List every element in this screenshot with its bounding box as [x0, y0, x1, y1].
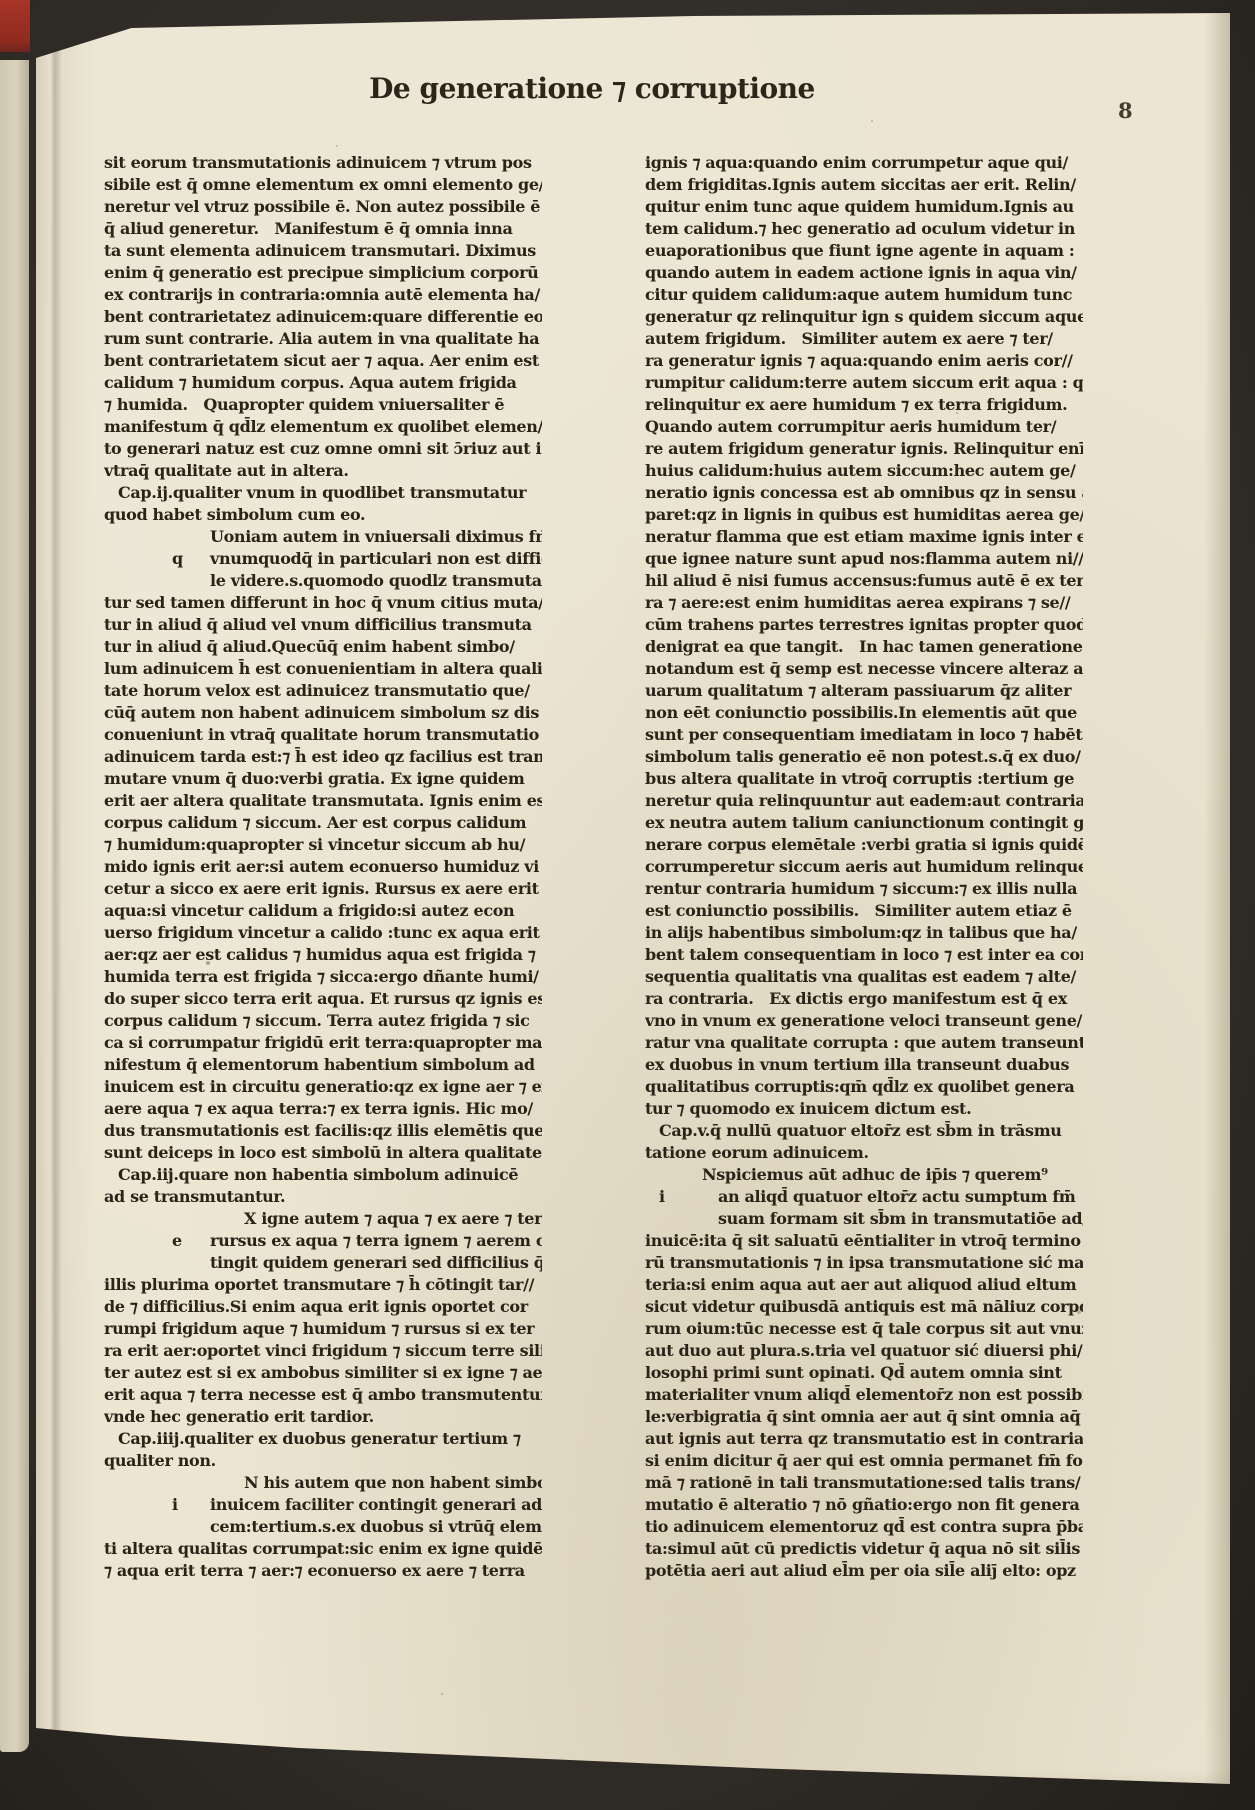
text-line-content: euaporationibus que fiunt igne agente in…: [645, 241, 1074, 260]
text-line-content: simbolum talis generatio eē non potest.s…: [645, 747, 1081, 766]
text-line: de ⁊ difficilius.Si enim aqua erit ignis…: [104, 1296, 542, 1318]
text-line-content: bent talem consequentiam in loco ⁊ est i…: [645, 945, 1083, 964]
text-line-content: cem:tertium.s.ex duobus si vtrūq̄ elemen: [210, 1517, 542, 1536]
text-line-content: tingit quidem generari sed difficilius q…: [210, 1253, 542, 1272]
text-line: erursus ex aqua ⁊ terra ignem ⁊ aerem cō…: [104, 1230, 542, 1252]
text-line-content: ti altera qualitas corrumpat:sic enim ex…: [104, 1539, 542, 1558]
text-line: dus transmutationis est facilis:qz illis…: [104, 1120, 542, 1142]
text-line: inuicem est in circuitu generatio:qz ex …: [104, 1076, 542, 1098]
text-line-content: tem calidum.⁊ hec generatio ad oculum vi…: [645, 219, 1075, 238]
text-line: Quando autem corrumpitur aeris humidum t…: [645, 416, 1083, 438]
text-line: do super sicco terra erit aqua. Et rursu…: [104, 988, 542, 1010]
text-column-left: sit eorum transmutationis adinuicem ⁊ vt…: [104, 152, 542, 1582]
text-line-content: ta:simul aūt cū predictis videtur q̄ aqu…: [645, 1539, 1080, 1558]
text-line: illis plurima oportet transmutare ⁊ h̄ c…: [104, 1274, 542, 1296]
page-edge-sliver: [0, 60, 29, 1752]
text-line-content: sibile est q̄ omne elementum ex omni ele…: [104, 175, 542, 194]
text-line: Uoniam autem in vniuersali diximus fm̄: [104, 526, 542, 548]
text-line-content: Cap.ij.qualiter vnum in quodlibet transm…: [118, 483, 526, 502]
text-line-content: tur ⁊ quomodo ex inuicem dictum est.: [645, 1099, 971, 1118]
text-line-content: ratur vna qualitate corrupta : que autem…: [645, 1033, 1083, 1052]
text-line-content: inuicem faciliter contingit generari adi…: [210, 1495, 542, 1514]
text-line-content: neretur vel vtruz possibile ē. Non autez…: [104, 197, 540, 216]
text-line-content: le videre.s.quomodo quodlz transmuta//: [210, 571, 542, 590]
text-line: tio adinuicem elementoruz qd̄ est contra…: [645, 1516, 1083, 1538]
text-line-content: bent contrarietatez adinuicem:quare diff…: [104, 307, 542, 326]
text-line-content: ra contraria. Ex dictis ergo manifestum …: [645, 989, 1067, 1008]
text-line-content: aer:qz aer est calidus ⁊ humidus aqua es…: [104, 945, 535, 964]
text-line: tatione eorum adinuicem.: [645, 1142, 1083, 1164]
text-line-content: neratur flamma que est etiam maxime igni…: [645, 527, 1083, 546]
text-line-content: tio adinuicem elementoruz qd̄ est contra…: [645, 1517, 1083, 1536]
text-line: tur in aliud q̄ aliud vel vnum difficili…: [104, 614, 542, 636]
text-line-content: vtraq̄ qualitate aut in altera.: [104, 461, 349, 480]
text-line-content: erit aqua ⁊ terra necesse est q̄ ambo tr…: [104, 1385, 542, 1404]
text-line-content: potētia aeri aut aliud el̄m per oia sil̄…: [645, 1561, 1076, 1580]
text-line: lum adinuicem h̄ est conuenientiam in al…: [104, 658, 542, 680]
text-line-content: neretur quia relinquuntur aut eadem:aut …: [645, 791, 1083, 810]
text-line: ad se transmutantur.: [104, 1186, 542, 1208]
text-line-content: suam formam sit sb̄m in transmutatiōe ad…: [718, 1209, 1083, 1228]
text-line-content: Uoniam autem in vniuersali diximus fm̄: [210, 527, 542, 546]
text-line-content: aut duo aut plura.s.tria vel quatuor sić…: [645, 1341, 1082, 1360]
text-line-content: ra generatur ignis ⁊ aqua:quando enim ae…: [645, 351, 1073, 370]
text-line-content: materialiter vnum aliqd̄ elementor̄z non…: [645, 1385, 1083, 1404]
text-line-content: nifestum q̄ elementorum habentium simbol…: [104, 1055, 535, 1074]
text-line: Nspiciemus aūt adhuc de ip̄is ⁊ querem⁹: [645, 1164, 1083, 1186]
text-line: cetur a sicco ex aere erit ignis. Rursus…: [104, 878, 542, 900]
text-column-right: ignis ⁊ aqua:quando enim corrumpetur aqu…: [645, 152, 1083, 1582]
text-line: quod habet simbolum cum eo.: [104, 504, 542, 526]
text-line-content: qualiter non.: [104, 1451, 216, 1470]
text-line: est coniunctio possibilis. Similiter aut…: [645, 900, 1083, 922]
text-line-content: Nspiciemus aūt adhuc de ip̄is ⁊ querem⁹: [702, 1165, 1048, 1184]
text-line: Cap.v.q̄ nullū quatuor eltor̄z est sb̄m …: [645, 1120, 1083, 1142]
text-line: ex duobus in vnum tertium illa transeunt…: [645, 1054, 1083, 1076]
text-line-content: cetur a sicco ex aere erit ignis. Rursus…: [104, 879, 539, 898]
text-line-content: dem frigiditas.Ignis autem siccitas aer …: [645, 175, 1076, 194]
text-line: notandum est q̄ semp est necesse vincere…: [645, 658, 1083, 680]
text-line: sibile est q̄ omne elementum ex omni ele…: [104, 174, 542, 196]
text-line-content: bent contrarietatem sicut aer ⁊ aqua. Ae…: [104, 351, 539, 370]
text-line-content: rentur contraria humidum ⁊ siccum:⁊ ex i…: [645, 879, 1077, 898]
text-line-content: paret:qz in lignis in quibus est humidit…: [645, 505, 1083, 524]
text-line: mutare vnum q̄ duo:verbi gratia. Ex igne…: [104, 768, 542, 790]
text-line-content: rum oium:tūc necesse est q̄ tale corpus …: [645, 1319, 1083, 1338]
text-line: aut duo aut plura.s.tria vel quatuor sić…: [645, 1340, 1083, 1362]
text-line: que ignee nature sunt apud nos:flamma au…: [645, 548, 1083, 570]
text-line-content: inuicem est in circuitu generatio:qz ex …: [104, 1077, 542, 1096]
text-line-content: ta sunt elementa adinuicem transmutari. …: [104, 241, 536, 260]
text-line: ra generatur ignis ⁊ aqua:quando enim ae…: [645, 350, 1083, 372]
text-line-content: ra ⁊ aere:est enim humiditas aerea expir…: [645, 593, 1070, 612]
text-line: euaporationibus que fiunt igne agente in…: [645, 240, 1083, 262]
text-line: ter autez est si ex ambobus similiter si…: [104, 1362, 542, 1384]
text-line: suam formam sit sb̄m in transmutatiōe ad…: [645, 1208, 1083, 1230]
text-line: rū transmutationis ⁊ in ipsa transmutati…: [645, 1252, 1083, 1274]
text-line: sit eorum transmutationis adinuicem ⁊ vt…: [104, 152, 542, 174]
text-line: sunt per consequentiam imediatam in loco…: [645, 724, 1083, 746]
text-line: ⁊ aqua erit terra ⁊ aer:⁊ econuerso ex a…: [104, 1560, 542, 1582]
text-line: vno in vnum ex generatione veloci transe…: [645, 1010, 1083, 1032]
text-line: Cap.iij.quare non habentia simbolum adin…: [104, 1164, 542, 1186]
text-line-content: corpus calidum ⁊ siccum. Terra autez fri…: [104, 1011, 530, 1030]
text-line-content: ex contrarijs in contraria:omnia autē el…: [104, 285, 540, 304]
text-line: non eēt coniunctio possibilis.In element…: [645, 702, 1083, 724]
text-line: vtraq̄ qualitate aut in altera.: [104, 460, 542, 482]
text-line-content: an aliqd̄ quatuor eltor̄z actu sumptum f…: [718, 1187, 1075, 1206]
text-line: aqua:si vincetur calidum a frigido:si au…: [104, 900, 542, 922]
text-line-content: cūq̄ autem non habent adinuicem simbolum…: [104, 703, 539, 722]
text-line-content: ex neutra autem talium caniunctionum con…: [645, 813, 1083, 832]
text-line: in alijs habentibus simbolum:qz in talib…: [645, 922, 1083, 944]
text-line-content: in alijs habentibus simbolum:qz in talib…: [645, 923, 1077, 942]
text-line-content: Quando autem corrumpitur aeris humidum t…: [645, 417, 1056, 436]
text-line-content: nerare corpus elemētale :verbi gratia si…: [645, 835, 1083, 854]
text-line-content: corrumperetur siccum aeris aut humidum r…: [645, 857, 1083, 876]
text-line-content: mido ignis erit aer:si autem econuerso h…: [104, 857, 539, 876]
text-line-content: to generari natuz est cuz omne omni sit …: [104, 439, 542, 458]
text-line-content: Cap.iij.quare non habentia simbolum adin…: [118, 1165, 518, 1184]
text-line-content: citur quidem calidum:aque autem humidum …: [645, 285, 1072, 304]
text-line: conueniunt in vtraq̄ qualitate horum tra…: [104, 724, 542, 746]
text-line-content: hil aliud ē nisi fumus accensus:fumus au…: [645, 571, 1083, 590]
text-line: ratur vna qualitate corrupta : que autem…: [645, 1032, 1083, 1054]
text-line: neretur quia relinquuntur aut eadem:aut …: [645, 790, 1083, 812]
text-line: si enim dicitur q̄ aer qui est omnia per…: [645, 1450, 1083, 1472]
text-line: uerso frigidum vincetur a calido :tunc e…: [104, 922, 542, 944]
text-line-content: uerso frigidum vincetur a calido :tunc e…: [104, 923, 540, 942]
text-line: cūm trahens partes terrestres ignitas pr…: [645, 614, 1083, 636]
text-line-content: illis plurima oportet transmutare ⁊ h̄ c…: [104, 1275, 534, 1294]
guide-letter: q: [172, 548, 183, 570]
text-line: tingit quidem generari sed difficilius q…: [104, 1252, 542, 1274]
text-line: ⁊ humida. Quapropter quidem vniuersalite…: [104, 394, 542, 416]
text-line-content: sit eorum transmutationis adinuicem ⁊ vt…: [104, 153, 532, 172]
text-line: nifestum q̄ elementorum habentium simbol…: [104, 1054, 542, 1076]
text-line-content: enim q̄ generatio est precipue simpliciu…: [104, 263, 538, 282]
text-line: tur sed tamen differunt in hoc q̄ vnum c…: [104, 592, 542, 614]
text-line: Cap.ij.qualiter vnum in quodlibet transm…: [104, 482, 542, 504]
text-line: aer:qz aer est calidus ⁊ humidus aqua es…: [104, 944, 542, 966]
text-line-content: do super sicco terra erit aqua. Et rursu…: [104, 989, 542, 1008]
text-line: erit aer altera qualitate transmutata. I…: [104, 790, 542, 812]
text-line: ex contrarijs in contraria:omnia autē el…: [104, 284, 542, 306]
text-line: cem:tertium.s.ex duobus si vtrūq̄ elemen: [104, 1516, 542, 1538]
text-line: re autem frigidum generatur ignis. Relin…: [645, 438, 1083, 460]
text-line: q̄ aliud generetur. Manifestum ē q̄ omni…: [104, 218, 542, 240]
text-line-content: ad se transmutantur.: [104, 1187, 285, 1206]
text-line: generatur qz relinquitur ign s quidem si…: [645, 306, 1083, 328]
text-line: manifestum q̄ qd̄lz elementum ex quolibe…: [104, 416, 542, 438]
text-line: ra ⁊ aere:est enim humiditas aerea expir…: [645, 592, 1083, 614]
text-line-content: rū transmutationis ⁊ in ipsa transmutati…: [645, 1253, 1083, 1272]
text-line: dem frigiditas.Ignis autem siccitas aer …: [645, 174, 1083, 196]
text-line-content: ⁊ humidum:quapropter si vincetur siccum …: [104, 835, 525, 854]
text-line-content: notandum est q̄ semp est necesse vincere…: [645, 659, 1083, 678]
text-line-content: de ⁊ difficilius.Si enim aqua erit ignis…: [104, 1297, 528, 1316]
text-line: ti altera qualitas corrumpat:sic enim ex…: [104, 1538, 542, 1560]
text-line: adinuicem tarda est:⁊ h̄ est ideo qz fac…: [104, 746, 542, 768]
text-line-content: que ignee nature sunt apud nos:flamma au…: [645, 549, 1083, 568]
text-line: bent talem consequentiam in loco ⁊ est i…: [645, 944, 1083, 966]
text-line-content: tate horum velox est adinuicez transmuta…: [104, 681, 530, 700]
text-line: bent contrarietatez adinuicem:quare diff…: [104, 306, 542, 328]
text-line-content: bus altera qualitate in vtroq̄ corruptis…: [645, 769, 1074, 788]
text-line-content: uarum qualitatum ⁊ alteram passiuarum q̄…: [645, 681, 1071, 700]
text-line: ra contraria. Ex dictis ergo manifestum …: [645, 988, 1083, 1010]
text-line: rentur contraria humidum ⁊ siccum:⁊ ex i…: [645, 878, 1083, 900]
paper-specks: [36, 0, 38, 2]
page-number: 8: [1118, 98, 1133, 123]
text-line-content: rum sunt contrarie. Alia autem in vna qu…: [104, 329, 539, 348]
text-line-content: denigrat ea que tangit. In hac tamen gen…: [645, 637, 1083, 656]
text-line: rum oium:tūc necesse est q̄ tale corpus …: [645, 1318, 1083, 1340]
text-line: ta sunt elementa adinuicem transmutari. …: [104, 240, 542, 262]
text-line: rumpitur calidum:terre autem siccum erit…: [645, 372, 1083, 394]
text-line: corrumperetur siccum aeris aut humidum r…: [645, 856, 1083, 878]
text-line: cūq̄ autem non habent adinuicem simbolum…: [104, 702, 542, 724]
text-line: tate horum velox est adinuicez transmuta…: [104, 680, 542, 702]
text-line: calidum ⁊ humidum corpus. Aqua autem fri…: [104, 372, 542, 394]
text-line: N his autem que non habent simboluz ad: [104, 1472, 542, 1494]
text-line-content: sicut videtur quibusdā antiquis est mā n…: [645, 1297, 1083, 1316]
guide-letter: i: [659, 1186, 665, 1208]
text-line: neratur flamma que est etiam maxime igni…: [645, 526, 1083, 548]
text-line: rum sunt contrarie. Alia autem in vna qu…: [104, 328, 542, 350]
text-line: corpus calidum ⁊ siccum. Aer est corpus …: [104, 812, 542, 834]
text-line-content: ex duobus in vnum tertium illa transeunt…: [645, 1055, 1069, 1074]
text-line: rumpi frigidum aque ⁊ humidum ⁊ rursus s…: [104, 1318, 542, 1340]
text-line-content: non eēt coniunctio possibilis.In element…: [645, 703, 1077, 722]
text-line-content: autem frigidum. Similiter autem ex aere …: [645, 329, 1053, 348]
text-line-content: tatione eorum adinuicem.: [645, 1143, 869, 1162]
text-line: ian aliqd̄ quatuor eltor̄z actu sumptum …: [645, 1186, 1083, 1208]
text-line: qvnumquodq̄ in particulari non est diffi…: [104, 548, 542, 570]
text-line-content: sequentia qualitatis vna qualitas est ea…: [645, 967, 1076, 986]
text-line-content: est coniunctio possibilis. Similiter aut…: [645, 901, 1072, 920]
text-line: citur quidem calidum:aque autem humidum …: [645, 284, 1083, 306]
text-line: hil aliud ē nisi fumus accensus:fumus au…: [645, 570, 1083, 592]
text-line: quitur enim tunc aque quidem humidum.Ign…: [645, 196, 1083, 218]
text-line: le videre.s.quomodo quodlz transmuta//: [104, 570, 542, 592]
text-line-content: qualitatibus corruptis:qm̄ qd̄lz ex quol…: [645, 1077, 1074, 1096]
text-line-content: erit aer altera qualitate transmutata. I…: [104, 791, 542, 810]
text-line-content: tur in aliud q̄ aliud.Quecūq̄ enim haben…: [104, 637, 515, 656]
text-line-content: vno in vnum ex generatione veloci transe…: [645, 1011, 1082, 1030]
text-line: to generari natuz est cuz omne omni sit …: [104, 438, 542, 460]
text-line-content: ca si corrumpatur frigidū erit terra:qua…: [104, 1033, 542, 1052]
text-line: ex neutra autem talium caniunctionum con…: [645, 812, 1083, 834]
text-line-content: vnde hec generatio erit tardior.: [104, 1407, 374, 1426]
text-line-content: huius calidum:huius autem siccum:hec aut…: [645, 461, 1075, 480]
text-line-content: dus transmutationis est facilis:qz illis…: [104, 1121, 542, 1140]
text-line-content: X igne autem ⁊ aqua ⁊ ex aere ⁊ terra ⁊: [244, 1209, 542, 1228]
text-line: Cap.iiij.qualiter ex duobus generatur te…: [104, 1428, 542, 1450]
text-line: mido ignis erit aer:si autem econuerso h…: [104, 856, 542, 878]
text-line-content: sunt per consequentiam imediatam in loco…: [645, 725, 1082, 744]
text-line: vnde hec generatio erit tardior.: [104, 1406, 542, 1428]
text-line-content: mutatio ē alteratio ⁊ nō gñatio:ergo non…: [645, 1495, 1080, 1514]
text-line: autem frigidum. Similiter autem ex aere …: [645, 328, 1083, 350]
text-line: neretur vel vtruz possibile ē. Non autez…: [104, 196, 542, 218]
text-line: inuicē:ita q̄ sit saluatū eēntialiter in…: [645, 1230, 1083, 1252]
text-line: bent contrarietatem sicut aer ⁊ aqua. Ae…: [104, 350, 542, 372]
text-line-content: ⁊ aqua erit terra ⁊ aer:⁊ econuerso ex a…: [104, 1561, 525, 1580]
text-line: potētia aeri aut aliud el̄m per oia sil̄…: [645, 1560, 1083, 1582]
text-line-content: manifestum q̄ qd̄lz elementum ex quolibe…: [104, 417, 542, 436]
scanned-book-page: { "page": { "header_title": "De generati…: [0, 0, 1255, 1810]
text-line-content: conueniunt in vtraq̄ qualitate horum tra…: [104, 725, 539, 744]
text-line: ⁊ humidum:quapropter si vincetur siccum …: [104, 834, 542, 856]
text-line-content: calidum ⁊ humidum corpus. Aqua autem fri…: [104, 373, 517, 392]
text-line-content: losophi primi sunt opinati. Qd̄ autem om…: [645, 1363, 1062, 1382]
text-line-content: le:verbigratia q̄ sint omnia aer aut q̄ …: [645, 1407, 1080, 1426]
text-line: sicut videtur quibusdā antiquis est mā n…: [645, 1296, 1083, 1318]
text-line: enim q̄ generatio est precipue simpliciu…: [104, 262, 542, 284]
text-line-content: ⁊ humida. Quapropter quidem vniuersalite…: [104, 395, 504, 414]
text-line-content: re autem frigidum generatur ignis. Relin…: [645, 439, 1083, 458]
running-header-title: De generatione ⁊ corruptione: [104, 72, 1080, 105]
text-line: iinuicem faciliter contingit generari ad…: [104, 1494, 542, 1516]
text-line-content: aere aqua ⁊ ex aqua terra:⁊ ex terra ign…: [104, 1099, 533, 1118]
text-line: mutatio ē alteratio ⁊ nō gñatio:ergo non…: [645, 1494, 1083, 1516]
text-line: huius calidum:huius autem siccum:hec aut…: [645, 460, 1083, 482]
text-line-content: humida terra est frigida ⁊ sicca:ergo dñ…: [104, 967, 539, 986]
text-line-content: N his autem que non habent simboluz ad: [244, 1473, 542, 1492]
text-line-content: inuicē:ita q̄ sit saluatū eēntialiter in…: [645, 1231, 1081, 1250]
text-line-content: mutare vnum q̄ duo:verbi gratia. Ex igne…: [104, 769, 524, 788]
text-line-content: aqua:si vincetur calidum a frigido:si au…: [104, 901, 514, 920]
text-line-content: Cap.v.q̄ nullū quatuor eltor̄z est sb̄m …: [659, 1121, 1062, 1140]
text-line: tur in aliud q̄ aliud.Quecūq̄ enim haben…: [104, 636, 542, 658]
text-line-content: ter autez est si ex ambobus similiter si…: [104, 1363, 542, 1382]
text-line: X igne autem ⁊ aqua ⁊ ex aere ⁊ terra ⁊: [104, 1208, 542, 1230]
text-line-content: aut ignis aut terra qz transmutatio est …: [645, 1429, 1083, 1448]
text-line: aut ignis aut terra qz transmutatio est …: [645, 1428, 1083, 1450]
text-line: corpus calidum ⁊ siccum. Terra autez fri…: [104, 1010, 542, 1032]
text-line: ra erit aer:oportet vinci frigidum ⁊ sic…: [104, 1340, 542, 1362]
text-line: tem calidum.⁊ hec generatio ad oculum vi…: [645, 218, 1083, 240]
text-line-content: corpus calidum ⁊ siccum. Aer est corpus …: [104, 813, 526, 832]
text-line: simbolum talis generatio eē non potest.s…: [645, 746, 1083, 768]
text-line: tur ⁊ quomodo ex inuicem dictum est.: [645, 1098, 1083, 1120]
text-line-content: neratio ignis concessa est ab omnibus qz…: [645, 483, 1083, 502]
text-line-content: rumpitur calidum:terre autem siccum erit…: [645, 373, 1083, 392]
text-line-content: si enim dicitur q̄ aer qui est omnia per…: [645, 1451, 1083, 1470]
text-line: mā ⁊ rationē in tali transmutatione:sed …: [645, 1472, 1083, 1494]
text-line-content: relinquitur ex aere humidum ⁊ ex terra f…: [645, 395, 1067, 414]
text-line: le:verbigratia q̄ sint omnia aer aut q̄ …: [645, 1406, 1083, 1428]
text-line-content: quando autem in eadem actione ignis in a…: [645, 263, 1077, 282]
text-line-content: lum adinuicem h̄ est conuenientiam in al…: [104, 659, 542, 678]
text-line-content: rursus ex aqua ⁊ terra ignem ⁊ aerem cō/: [210, 1231, 542, 1250]
text-line: losophi primi sunt opinati. Qd̄ autem om…: [645, 1362, 1083, 1384]
text-line: relinquitur ex aere humidum ⁊ ex terra f…: [645, 394, 1083, 416]
text-line: ignis ⁊ aqua:quando enim corrumpetur aqu…: [645, 152, 1083, 174]
text-line-content: sunt deiceps in loco est simbolū in alte…: [104, 1143, 542, 1162]
text-line: erit aqua ⁊ terra necesse est q̄ ambo tr…: [104, 1384, 542, 1406]
text-line: nerare corpus elemētale :verbi gratia si…: [645, 834, 1083, 856]
text-line: aere aqua ⁊ ex aqua terra:⁊ ex terra ign…: [104, 1098, 542, 1120]
text-line-content: Cap.iiij.qualiter ex duobus generatur te…: [118, 1429, 521, 1448]
text-line: qualiter non.: [104, 1450, 542, 1472]
text-line: sunt deiceps in loco est simbolū in alte…: [104, 1142, 542, 1164]
text-line: neratio ignis concessa est ab omnibus qz…: [645, 482, 1083, 504]
red-binding-tab: [0, 0, 30, 52]
text-line-content: q̄ aliud generetur. Manifestum ē q̄ omni…: [104, 219, 512, 238]
text-line-content: quod habet simbolum cum eo.: [104, 505, 365, 524]
text-line: denigrat ea que tangit. In hac tamen gen…: [645, 636, 1083, 658]
text-line: materialiter vnum aliqd̄ elementor̄z non…: [645, 1384, 1083, 1406]
text-line-content: tur sed tamen differunt in hoc q̄ vnum c…: [104, 593, 542, 612]
guide-letter: i: [172, 1494, 178, 1516]
guide-letter: e: [172, 1230, 182, 1252]
text-line: sequentia qualitatis vna qualitas est ea…: [645, 966, 1083, 988]
text-line-content: quitur enim tunc aque quidem humidum.Ign…: [645, 197, 1074, 216]
text-line-content: rumpi frigidum aque ⁊ humidum ⁊ rursus s…: [104, 1319, 534, 1338]
text-line-content: mā ⁊ rationē in tali transmutatione:sed …: [645, 1473, 1080, 1492]
text-line: qualitatibus corruptis:qm̄ qd̄lz ex quol…: [645, 1076, 1083, 1098]
text-line-content: ra erit aer:oportet vinci frigidum ⁊ sic…: [104, 1341, 542, 1360]
text-line-content: vnumquodq̄ in particulari non est diffic…: [210, 549, 542, 568]
text-line-content: tur in aliud q̄ aliud vel vnum difficili…: [104, 615, 532, 634]
text-line-content: ignis ⁊ aqua:quando enim corrumpetur aqu…: [645, 153, 1068, 172]
text-line: uarum qualitatum ⁊ alteram passiuarum q̄…: [645, 680, 1083, 702]
text-line-content: teria:si enim aqua aut aer aut aliquod a…: [645, 1275, 1076, 1294]
text-line: bus altera qualitate in vtroq̄ corruptis…: [645, 768, 1083, 790]
text-line-content: cūm trahens partes terrestres ignitas pr…: [645, 615, 1083, 634]
text-line: quando autem in eadem actione ignis in a…: [645, 262, 1083, 284]
text-line: ta:simul aūt cū predictis videtur q̄ aqu…: [645, 1538, 1083, 1560]
text-line: paret:qz in lignis in quibus est humidit…: [645, 504, 1083, 526]
text-line: ca si corrumpatur frigidū erit terra:qua…: [104, 1032, 542, 1054]
text-line-content: generatur qz relinquitur ign s quidem si…: [645, 307, 1083, 326]
text-line-content: adinuicem tarda est:⁊ h̄ est ideo qz fac…: [104, 747, 542, 766]
text-line: teria:si enim aqua aut aer aut aliquod a…: [645, 1274, 1083, 1296]
text-line: humida terra est frigida ⁊ sicca:ergo dñ…: [104, 966, 542, 988]
